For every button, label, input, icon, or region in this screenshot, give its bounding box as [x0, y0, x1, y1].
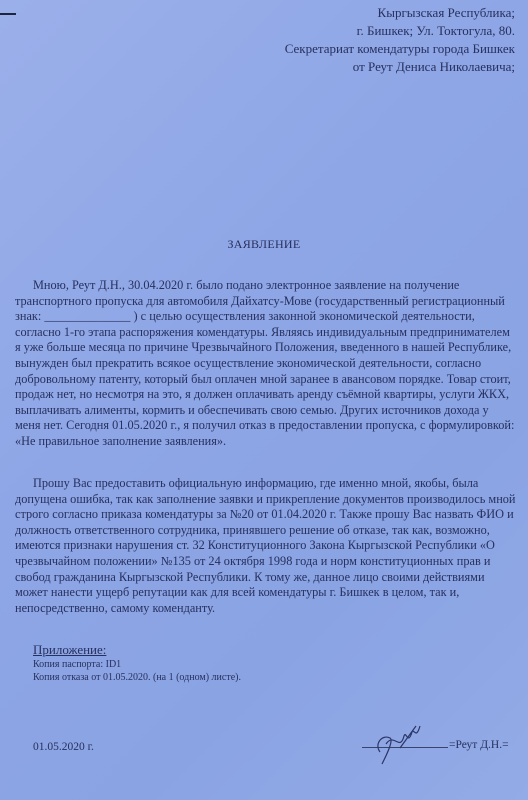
- addressee-block: Кыргызская Республика; г. Бишкек; Ул. То…: [285, 4, 515, 76]
- attachment-item: Копия паспорта: ID1: [33, 658, 241, 671]
- addressee-line: г. Бишкек; Ул. Токтогула, 80.: [285, 22, 515, 40]
- signature-date: 01.05.2020 г.: [33, 741, 94, 753]
- addressee-line: от Реут Дениса Николаевича;: [285, 58, 515, 76]
- attachment-item: Копия отказа от 01.05.2020. (на 1 (одном…: [33, 671, 241, 684]
- handwritten-signature-icon: [372, 722, 432, 767]
- addressee-line: Кыргызская Республика;: [285, 4, 515, 22]
- corner-mark: [0, 13, 16, 15]
- attachments-label: Приложение:: [33, 642, 241, 658]
- paragraph-1: Мною, Реут Д.Н., 30.04.2020 г. было пода…: [15, 278, 516, 450]
- addressee-line: Секретариат комендатуры города Бишкек: [285, 40, 515, 58]
- document-title: ЗАЯВЛЕНИЕ: [0, 237, 528, 252]
- signer-name: =Реут Д.Н.=: [449, 739, 509, 751]
- document-page: Кыргызская Республика; г. Бишкек; Ул. То…: [0, 0, 528, 800]
- attachments: Приложение: Копия паспорта: ID1 Копия от…: [33, 642, 241, 684]
- paragraph-2: Прошу Вас предоставить официальную инфор…: [15, 476, 516, 616]
- paragraph-text: Прошу Вас предоставить официальную инфор…: [15, 476, 516, 616]
- paragraph-text: Мною, Реут Д.Н., 30.04.2020 г. было пода…: [15, 278, 516, 450]
